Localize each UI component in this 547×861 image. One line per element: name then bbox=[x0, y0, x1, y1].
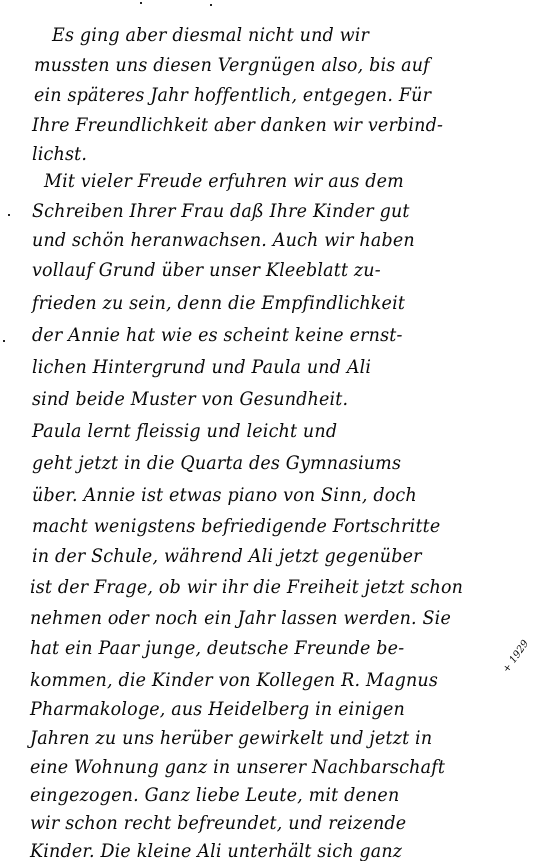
handwritten-line: Paula lernt fleissig und leicht und bbox=[32, 420, 337, 442]
scan-speck bbox=[140, 2, 142, 4]
handwritten-line: hat ein Paar junge, deutsche Freunde be- bbox=[30, 637, 404, 659]
handwritten-line: vollauf Grund über unser Kleeblatt zu- bbox=[32, 259, 381, 281]
handwritten-line: ein späteres Jahr hoffentlich, entgegen.… bbox=[34, 84, 431, 106]
handwritten-line: Mit vieler Freude erfuhren wir aus dem bbox=[44, 170, 404, 192]
margin-annotation: + 1929 bbox=[501, 638, 531, 675]
handwritten-line: in der Schule, während Ali jetzt gegenüb… bbox=[32, 545, 422, 567]
handwritten-line: eingezogen. Ganz liebe Leute, mit denen bbox=[30, 784, 399, 806]
handwritten-line: ist der Frage, ob wir ihr die Freiheit j… bbox=[30, 576, 463, 598]
handwritten-line: und schön heranwachsen. Auch wir haben bbox=[32, 229, 415, 251]
handwritten-line: wir schon recht befreundet, und reizende bbox=[30, 812, 406, 834]
handwritten-line: Schreiben Ihrer Frau daß Ihre Kinder gut bbox=[32, 200, 410, 222]
handwritten-line: über. Annie ist etwas piano von Sinn, do… bbox=[32, 484, 417, 506]
scan-speck bbox=[8, 214, 10, 216]
handwritten-line: eine Wohnung ganz in unserer Nachbarscha… bbox=[30, 756, 445, 778]
handwritten-line: mussten uns diesen Vergnügen also, bis a… bbox=[34, 54, 430, 76]
scan-speck bbox=[210, 4, 212, 6]
letter-page: Es ging aber diesmal nicht und wirmusste… bbox=[0, 0, 547, 861]
handwritten-line: geht jetzt in die Quarta des Gymnasiums bbox=[32, 452, 401, 474]
handwritten-line: macht wenigstens befriedigende Fortschri… bbox=[32, 515, 440, 537]
handwritten-line: Jahren zu uns herüber gewirkelt und jetz… bbox=[30, 727, 432, 749]
handwritten-line: frieden zu sein, denn die Empfindlichkei… bbox=[32, 292, 405, 314]
handwritten-line: nehmen oder noch ein Jahr lassen werden.… bbox=[30, 607, 451, 629]
handwritten-line: lichst. bbox=[32, 143, 87, 165]
handwritten-line: Kinder. Die kleine Ali unterhält sich ga… bbox=[30, 840, 402, 861]
handwritten-line: Ihre Freundlichkeit aber danken wir verb… bbox=[32, 114, 443, 136]
handwritten-line: lichen Hintergrund und Paula und Ali bbox=[32, 356, 371, 378]
handwritten-line: Pharmakologe, aus Heidelberg in einigen bbox=[30, 698, 405, 720]
handwritten-line: sind beide Muster von Gesundheit. bbox=[32, 388, 348, 410]
scan-speck bbox=[3, 340, 5, 342]
handwritten-line: der Annie hat wie es scheint keine ernst… bbox=[32, 324, 403, 346]
handwritten-line: kommen, die Kinder von Kollegen R. Magnu… bbox=[30, 669, 438, 691]
handwritten-line: Es ging aber diesmal nicht und wir bbox=[52, 24, 369, 46]
